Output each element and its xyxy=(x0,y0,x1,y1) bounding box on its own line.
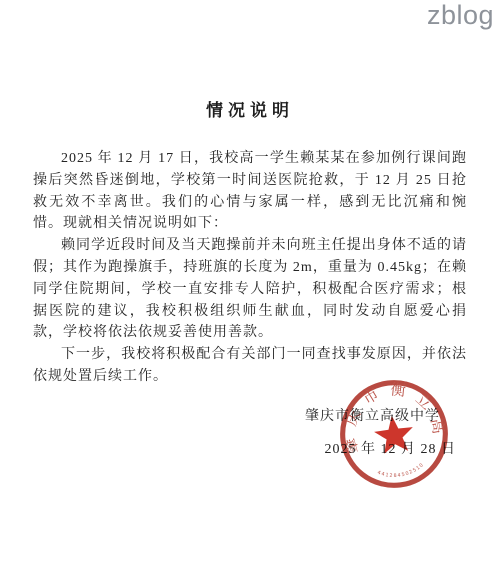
paragraph-incident: 2025 年 12 月 17 日，我校高一学生赖某某在参加例行课间跑操后突然昏迷… xyxy=(33,148,467,235)
document-paragraphs: 2025 年 12 月 17 日，我校高一学生赖某某在参加例行课间跑操后突然昏迷… xyxy=(33,148,467,388)
document-page: zblog 情况说明 2025 年 12 月 17 日，我校高一学生赖某某在参加… xyxy=(0,0,500,569)
signature-date: 2025 年 12 月 28 日 xyxy=(33,439,467,461)
signature-organization: 肇庆市衡立高级中学 xyxy=(33,406,467,428)
signature-block: 肇庆市衡立高级中学 2025 年 12 月 28 日 xyxy=(33,406,467,461)
paragraph-followup: 下一步，我校将积极配合有关部门一同查找事发原因，并依法依规处置后续工作。 xyxy=(33,344,467,388)
document-title: 情况说明 xyxy=(33,96,467,121)
paragraph-details: 赖同学近段时间及当天跑操前并未向班主任提出身体不适的请假；其作为跑操旗手，持班旗… xyxy=(33,235,467,344)
document-body: 情况说明 2025 年 12 月 17 日，我校高一学生赖某某在参加例行课间跑操… xyxy=(33,0,467,388)
